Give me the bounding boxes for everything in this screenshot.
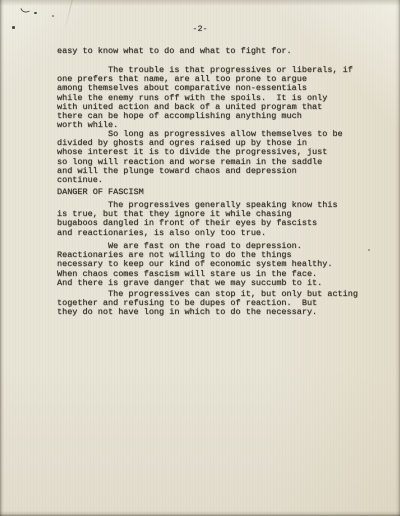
- paragraph-trouble: The trouble is that progressives or libe…: [57, 66, 353, 130]
- paragraph-so-long: So long as progressives allow themselves…: [57, 130, 343, 185]
- section-heading-danger-of-fascism: DANGER OF FASCISM: [57, 188, 144, 197]
- body-continuation-line: easy to know what to do and what to figh…: [57, 47, 292, 56]
- pencil-mark: [20, 6, 29, 14]
- ink-speck: [34, 12, 37, 14]
- page-number: -2-: [0, 25, 400, 34]
- ink-speck: [368, 249, 370, 251]
- scanned-typewritten-page: -2- easy to know what to do and what to …: [0, 0, 400, 516]
- paragraph-know-this: The progressives generally speaking know…: [57, 201, 338, 238]
- paragraph-can-stop-it: The progressives can stop it, but only b…: [57, 290, 358, 318]
- ink-speck: [52, 15, 54, 17]
- paragraph-road-to-depression: We are fast on the road to depression. R…: [57, 242, 332, 288]
